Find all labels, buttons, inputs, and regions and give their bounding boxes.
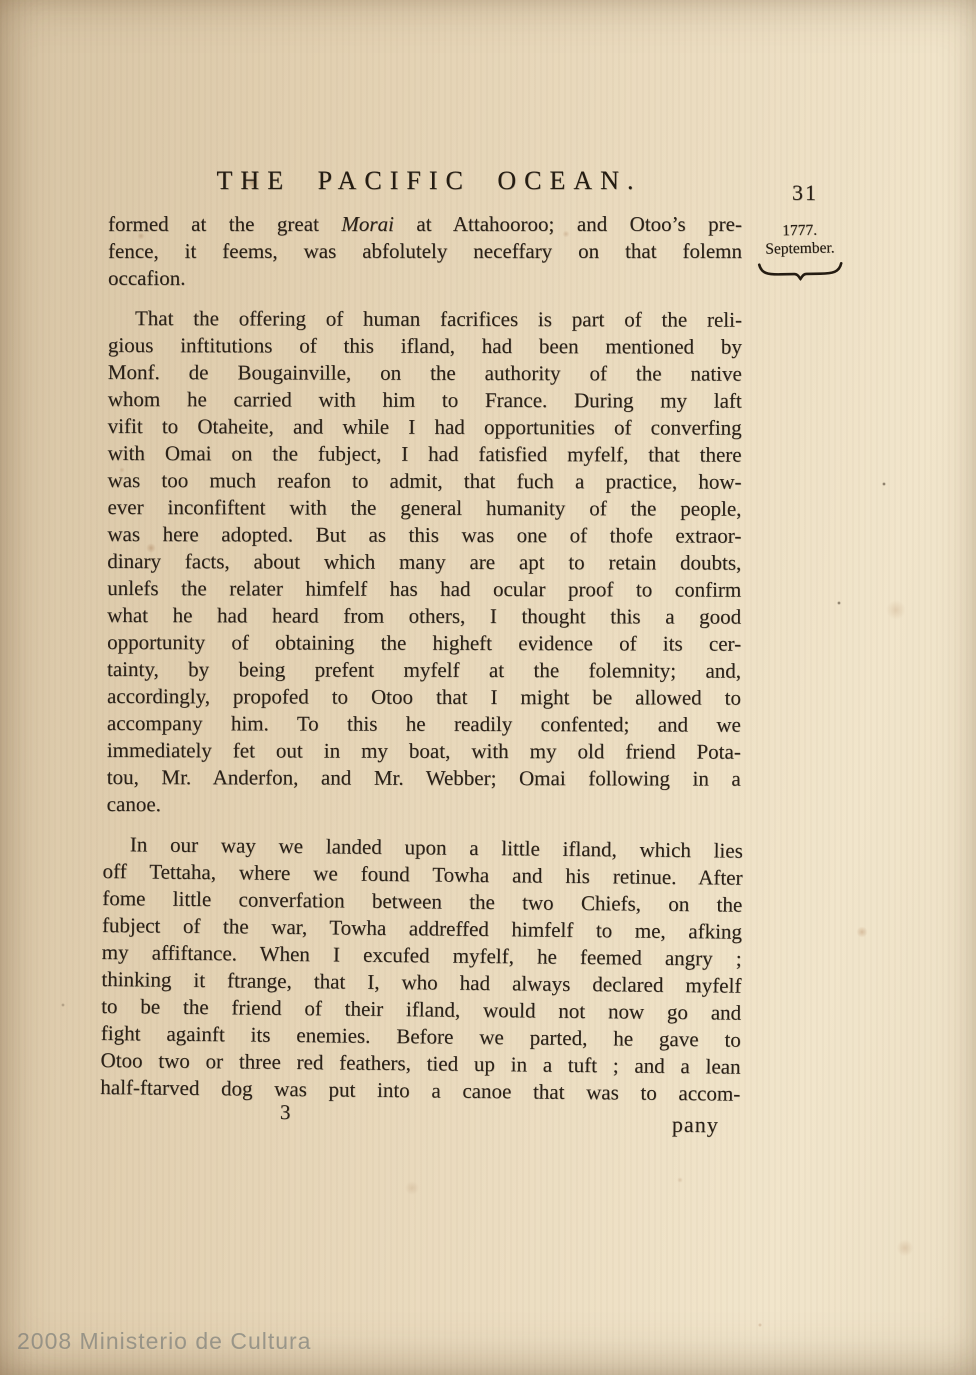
text-line: was too much reafon to admit, that fuch … [108,467,742,496]
under-brace-icon [756,260,844,282]
text-segment: immediately fet out in my boat, with my … [107,738,741,764]
page-scan: THE PACIFIC OCEAN. 31 1777. September. f… [0,0,976,1375]
text-segment: occafion. [108,266,186,290]
text-line: what he had heard from others, I thought… [107,602,741,631]
text-line: gious inftitutions of this ifland, had b… [108,332,742,361]
margin-note: 1777. September. [747,221,852,282]
margin-note-year: 1777. [747,221,851,241]
text-line: fence, it feems, was abfolutely neceffar… [108,238,742,265]
text-segment: was here adopted. But as this was one of… [107,522,741,548]
paragraph: That the offering of human facrifices is… [107,305,742,820]
text-segment: opportunity of obtaining the higheft evi… [107,630,741,656]
text-line: was here adopted. But as this was one of… [107,521,741,550]
text-line: vifit to Otaheite, and while I had oppor… [108,413,742,442]
text-line: Monf. de Bougainville, on the authority … [108,359,742,388]
paragraph: formed at the great Morai at Attahooroo;… [108,211,742,292]
text-segment: gious inftitutions of this ifland, had b… [108,333,742,359]
text-line: That the offering of human facrifices is… [108,305,742,334]
text-segment: canoe. [107,792,161,816]
text-segment: tou, Mr. Anderfon, and Mr. Webber; Omai … [107,765,741,791]
paragraph: In our way we landed upon a little iflan… [100,831,743,1108]
text-line: half-ftarved dog was put into a canoe th… [100,1074,740,1108]
text-segment: was too much reafon to admit, that fuch … [108,468,742,494]
text-line: ever inconfiftent with the general human… [107,494,741,523]
text-segment: vifit to Otaheite, and while I had oppor… [108,414,742,440]
text-segment: formed at the great [108,212,341,236]
text-line: whom he carried with him to France. Duri… [108,386,742,415]
text-line: with Omai on the fubject, I had fatisfie… [108,440,742,469]
text-line: accompany him. To this he readily confen… [107,710,741,739]
text-segment: with Omai on the fubject, I had fatisfie… [108,441,742,467]
text-line: immediately fet out in my boat, with my … [107,737,741,766]
text-segment: accordingly, propofed to Otoo that I mig… [107,684,741,710]
text-segment: Monf. de Bougainville, on the authority … [108,360,742,386]
text-segment: accompany him. To this he readily confen… [107,711,741,737]
italic-text: Morai [341,212,394,236]
text-line: unlefs the relater himfelf has had ocula… [107,575,741,604]
text-line: dinary facts, about which many are apt t… [107,548,741,577]
text-line: tainty, by being prefent myfelf at the f… [107,656,741,685]
text-segment: dinary facts, about which many are apt t… [107,549,741,575]
text-segment: unlefs the relater himfelf has had ocula… [107,576,741,602]
text-segment: That the offering of human facrifices is… [135,306,742,332]
page-title: THE PACIFIC OCEAN. [118,166,740,196]
text-block: formed at the great Morai at Attahooroo;… [108,211,742,1101]
page-number: 31 [792,180,852,206]
text-segment: fence, it feems, was abfolutely neceffar… [108,239,742,263]
text-segment: whom he carried with him to France. Duri… [108,387,742,413]
text-line: canoe. [107,791,741,820]
watermark: 2008 Ministerio de Cultura [17,1328,311,1355]
text-segment: at Attahooroo; and Otoo’s pre- [394,212,742,236]
footer-signature-mark: 3 [280,1100,291,1125]
text-segment: ever inconfiftent with the general human… [107,495,741,521]
text-segment: half-ftarved dog was put into a canoe th… [100,1075,740,1106]
text-line: occafion. [108,265,742,292]
text-segment: tainty, by being prefent myfelf at the f… [107,657,741,683]
text-line: opportunity of obtaining the higheft evi… [107,629,741,658]
margin-note-month: September. [748,239,852,259]
text-line: tou, Mr. Anderfon, and Mr. Webber; Omai … [107,764,741,793]
text-line: accordingly, propofed to Otoo that I mig… [107,683,741,712]
text-segment: In our way we landed upon a little iflan… [130,832,743,862]
text-segment: what he had heard from others, I thought… [107,603,741,629]
text-line: formed at the great Morai at Attahooroo;… [108,211,742,238]
footer-catchword: pany [672,1112,719,1138]
